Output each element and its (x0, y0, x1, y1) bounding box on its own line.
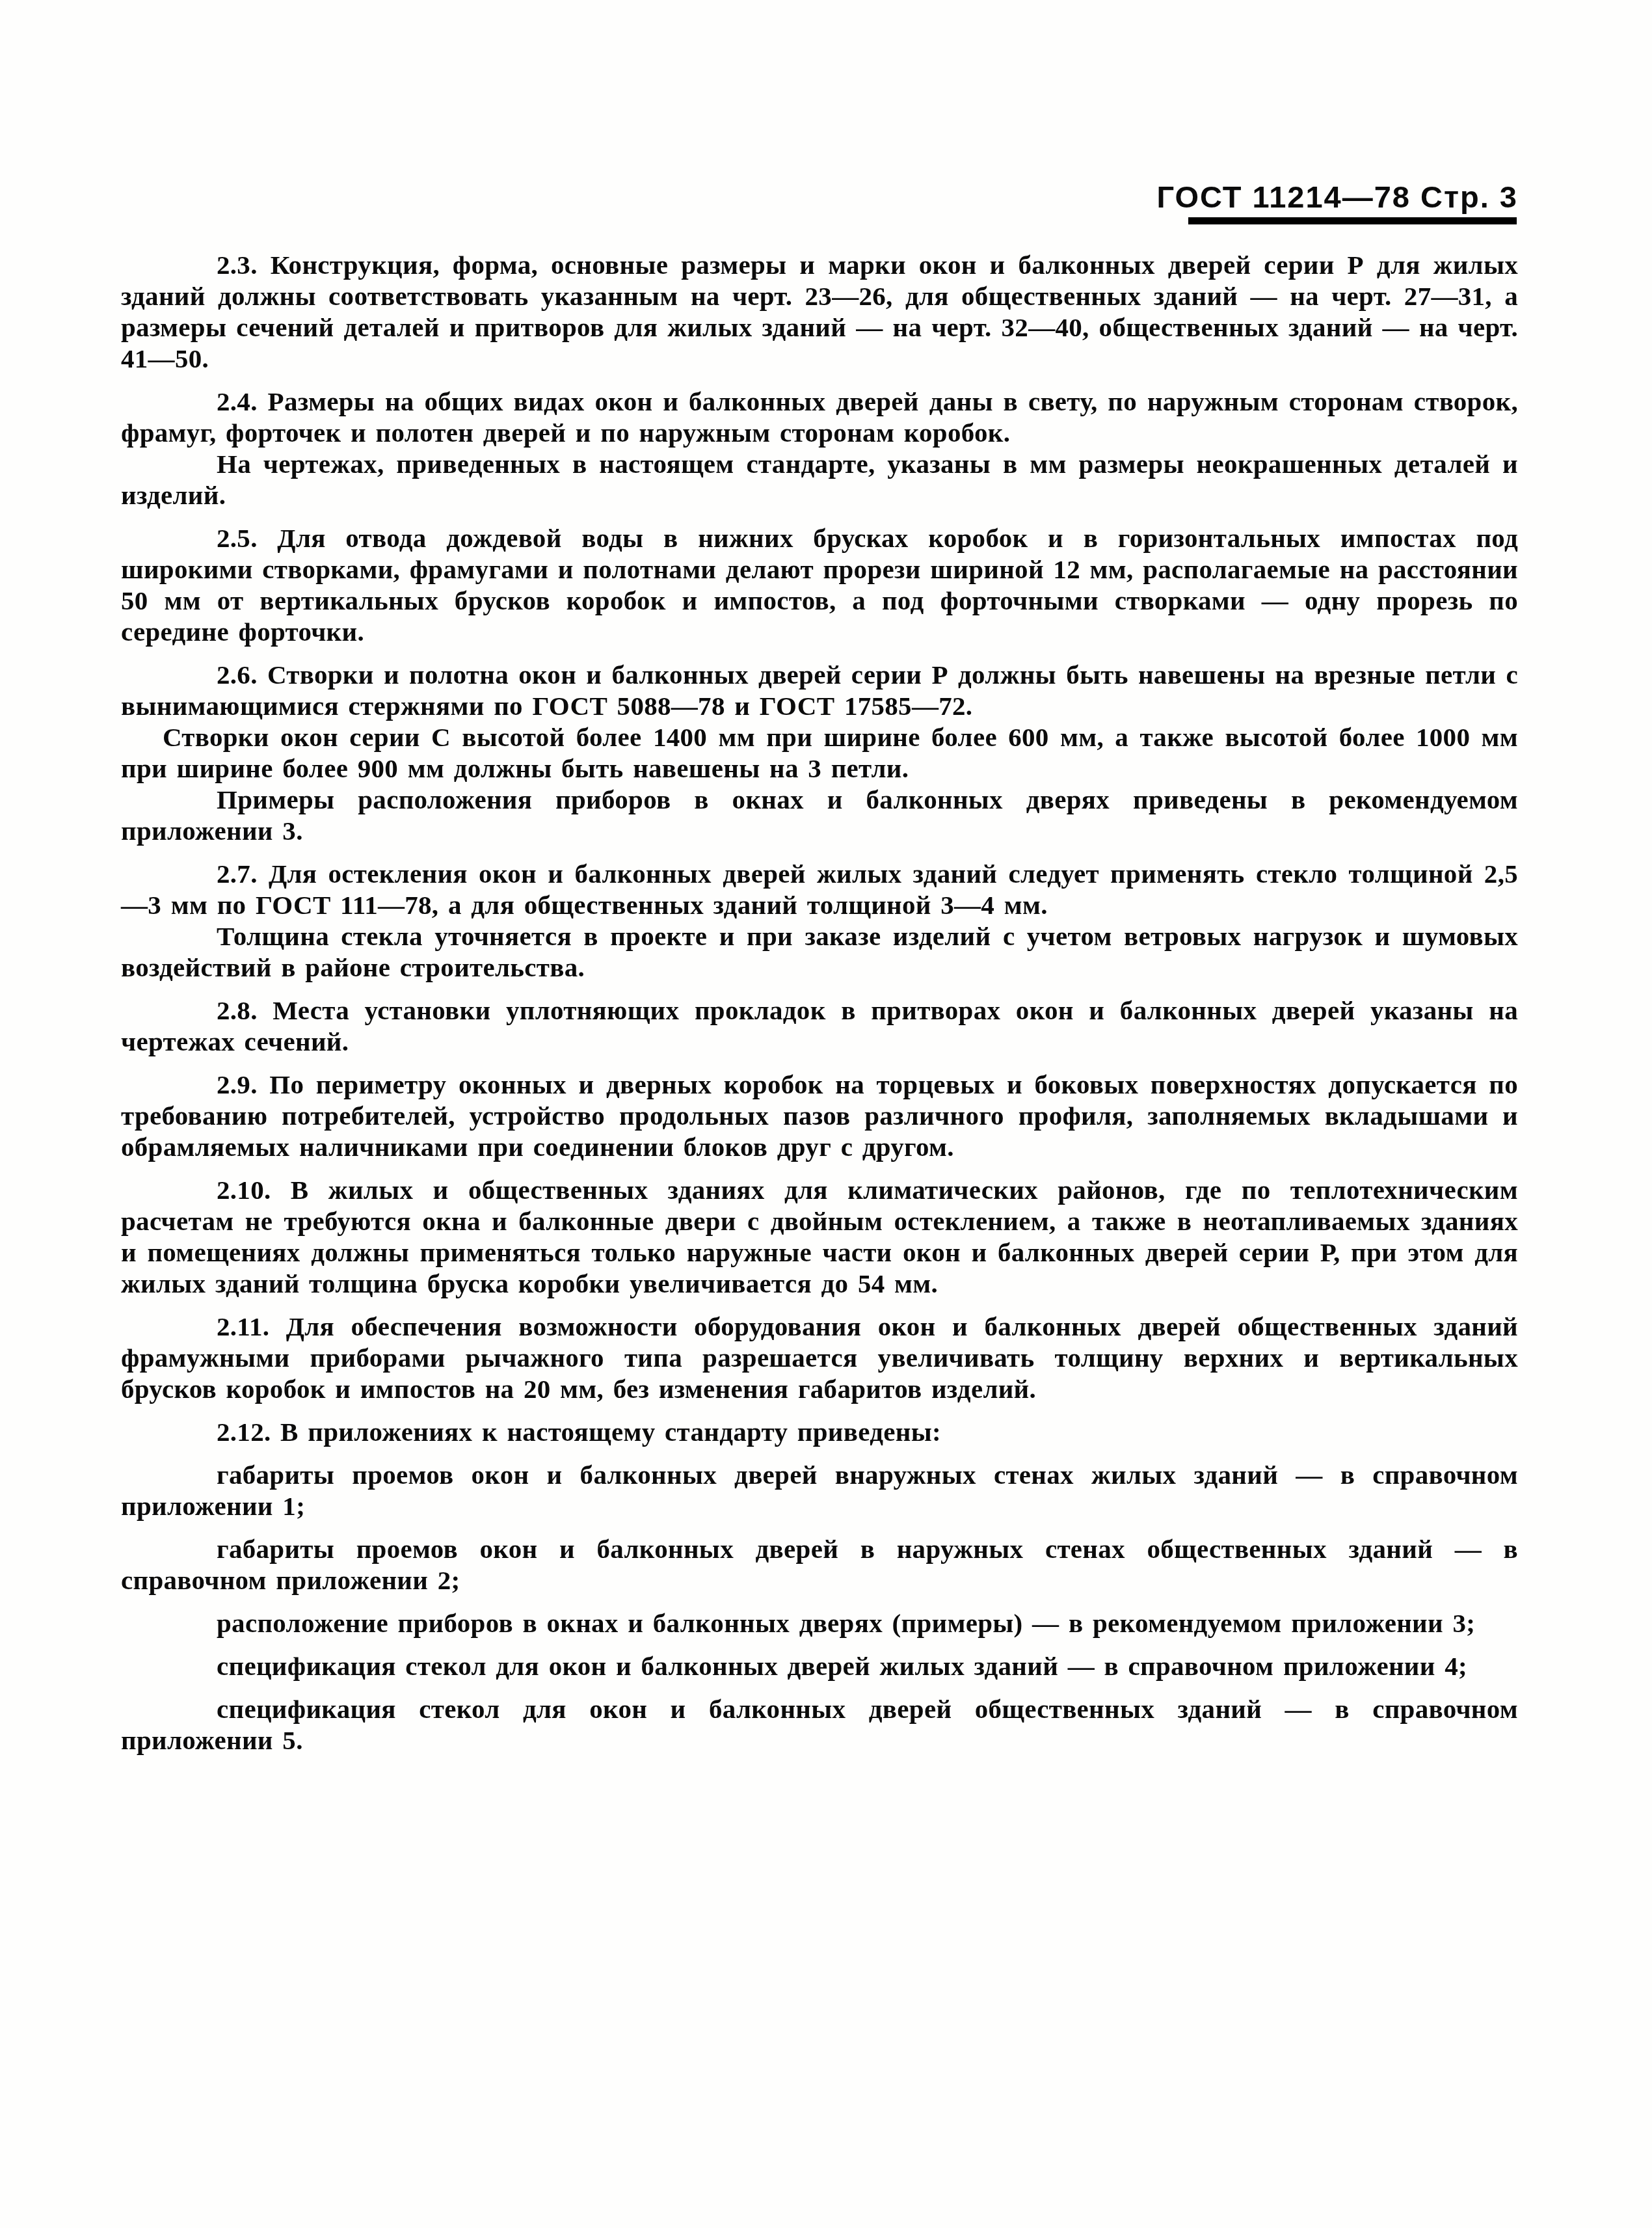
list-item-appendix-3: расположение приборов в окнах и балконны… (121, 1607, 1518, 1639)
paragraph-2-11: 2.11. Для обеспечения возможности оборуд… (121, 1311, 1518, 1404)
paragraph-2-7: 2.7. Для остекления окон и балконных две… (121, 858, 1518, 920)
paragraph-2-6-note-2: Примеры расположения приборов в окнах и … (121, 784, 1518, 846)
header-underline (1188, 217, 1517, 224)
document-body: 2.3. Конструкция, форма, основные размер… (121, 249, 1518, 1756)
paragraph-2-10: 2.10. В жилых и общественных зданиях для… (121, 1174, 1518, 1299)
paragraph-2-4-note: На чертежах, приведенных в настоящем ста… (121, 448, 1518, 511)
paragraph-2-6: 2.6. Створки и полотна окон и балконных … (121, 659, 1518, 721)
page-header: ГОСТ 11214—78 Стр. 3 (121, 181, 1518, 213)
paragraph-2-6-note-1: Створки окон серии С высотой более 1400 … (121, 721, 1518, 784)
paragraph-2-4: 2.4. Размеры на общих видах окон и балко… (121, 386, 1518, 448)
document-page: ГОСТ 11214—78 Стр. 3 2.3. Конструкция, ф… (0, 0, 1652, 2228)
list-item-appendix-5: спецификация стекол для окон и балконных… (121, 1693, 1518, 1756)
page-content: ГОСТ 11214—78 Стр. 3 2.3. Конструкция, ф… (121, 181, 1518, 1756)
paragraph-2-5: 2.5. Для отвода дождевой воды в нижних б… (121, 522, 1518, 647)
paragraph-2-9: 2.9. По периметру оконных и дверных коро… (121, 1069, 1518, 1162)
list-item-appendix-2: габариты проемов окон и балконных дверей… (121, 1533, 1518, 1596)
list-item-appendix-4: спецификация стекол для окон и балконных… (121, 1650, 1518, 1682)
paragraph-2-7-note: Толщина стекла уточняется в проекте и пр… (121, 920, 1518, 983)
paragraph-2-12: 2.12. В приложениях к настоящему стандар… (121, 1416, 1518, 1447)
paragraph-2-3: 2.3. Конструкция, форма, основные размер… (121, 249, 1518, 374)
list-item-appendix-1: габариты проемов окон и балконных дверей… (121, 1459, 1518, 1522)
paragraph-2-8: 2.8. Места установки уплотняющих проклад… (121, 995, 1518, 1057)
